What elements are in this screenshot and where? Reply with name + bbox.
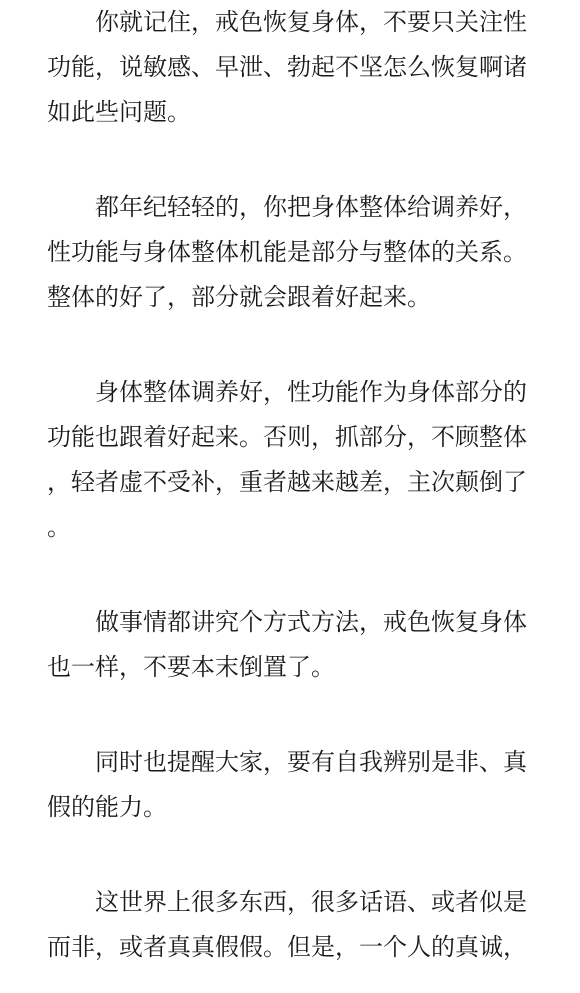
paragraph-5: 同时也提醒大家，要有自我辨别是非、真假的能力。 (47, 740, 531, 830)
paragraph-2: 都年纪轻轻的，你把身体整体给调养好，性功能与身体整体机能是部分与整体的关系。整体… (47, 185, 531, 320)
paragraph-6: 这世界上很多东西，很多话语、或者似是而非，或者真真假假。但是，一个人的真诚， (47, 880, 531, 970)
article-body: 你就记住，戒色恢复身体，不要只关注性功能，说敏感、早泄、勃起不坚怎么恢复啊诸如此… (47, 0, 531, 970)
paragraph-3: 身体整体调养好，性功能作为身体部分的功能也跟着好起来。否则，抓部分，不顾整体，轻… (47, 370, 531, 550)
paragraph-1: 你就记住，戒色恢复身体，不要只关注性功能，说敏感、早泄、勃起不坚怎么恢复啊诸如此… (47, 0, 531, 135)
paragraph-4: 做事情都讲究个方式方法，戒色恢复身体也一样，不要本末倒置了。 (47, 600, 531, 690)
